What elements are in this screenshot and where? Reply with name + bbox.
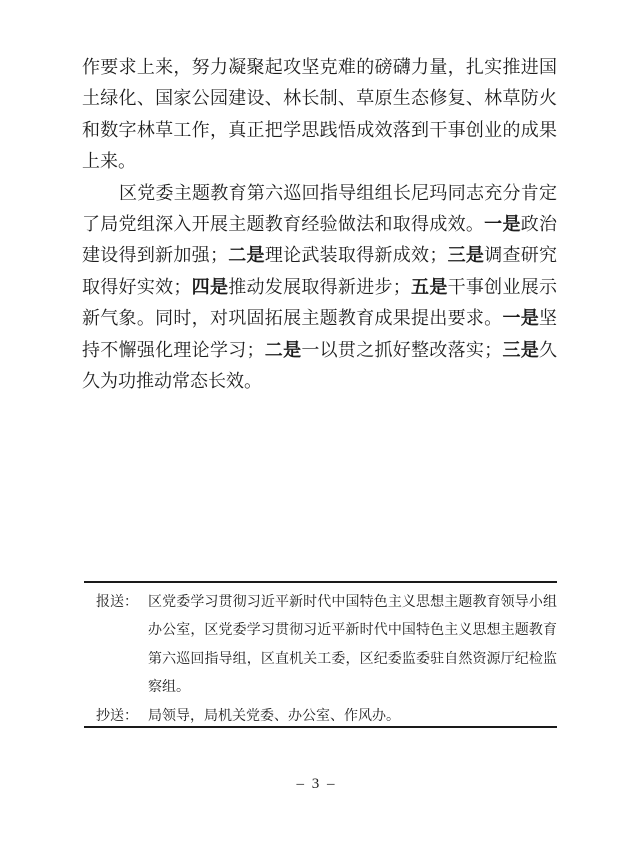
text-run: 久 (539, 340, 557, 360)
text-line: 了局党组深入开展主题教育经验做法和取得成效。一是政治 (82, 209, 557, 240)
bold-text-run: 四是 (191, 277, 228, 297)
text-line: 持不懈强化理论学习；二是一以贯之抓好整改落实；三是久 (82, 335, 557, 366)
report-to-row: 报送： 区党委学习贯彻习近平新时代中国特色主义思想主题教育领导小组办公室，区党委… (96, 589, 557, 703)
bold-text-run: 二是 (228, 245, 265, 265)
text-run: 坚 (539, 308, 557, 328)
bold-text-run: 五是 (411, 277, 448, 297)
document-body: 作要求上来，努力凝聚起攻坚克难的磅礴力量，扎实推进国土绿化、国家公园建设、林长制… (82, 52, 557, 397)
paragraph-work-requirements: 作要求上来，努力凝聚起攻坚克难的磅礴力量，扎实推进国土绿化、国家公园建设、林长制… (82, 52, 557, 178)
bold-text-run: 一是 (502, 308, 539, 328)
text-line: 新气象。同时，对巩固拓展主题教育成果提出要求。一是坚 (82, 303, 557, 334)
text-line: 久为功推动常态长效。 (82, 366, 557, 397)
separator-line-top (84, 581, 557, 583)
text-line: 区党委学习贯彻习近平新时代中国特色主义思想主题教育领导小组 (148, 589, 557, 617)
text-run: 理论武装取得新成效； (265, 245, 448, 265)
text-line: 和数字林草工作，真正把学思践悟成效落到干事创业的成果 (82, 115, 557, 146)
text-run: 办公室，区党委学习贯彻习近平新时代中国特色主义思想主题教育 (148, 623, 557, 638)
text-line: 取得好实效；四是推动发展取得新进步；五是干事创业展示 (82, 272, 557, 303)
text-run: 上来。 (82, 151, 136, 171)
page-number: – 3 – (0, 776, 633, 793)
text-run: 了局党组深入开展主题教育经验做法和取得成效。 (82, 214, 484, 234)
text-line: 土绿化、国家公园建设、林长制、草原生态修复、林草防火 (82, 83, 557, 114)
text-run: 推动发展取得新进步； (228, 277, 411, 297)
bold-text-run: 三是 (502, 340, 539, 360)
text-line: 作要求上来，努力凝聚起攻坚克难的磅礴力量，扎实推进国 (82, 52, 557, 83)
text-run: 久为功推动常态长效。 (82, 371, 262, 391)
text-run: 建设得到新加强； (82, 245, 228, 265)
text-run: 和数字林草工作，真正把学思践悟成效落到干事创业的成果 (82, 120, 557, 140)
text-line: 第六巡回指导组，区直机关工委，区纪委监委驻自然资源厅纪检监 (148, 646, 557, 674)
text-line: 建设得到新加强；二是理论武装取得新成效；三是调查研究 (82, 240, 557, 271)
text-run: 新气象。同时，对巩固拓展主题教育成果提出要求。 (82, 308, 502, 328)
text-run: 干事创业展示 (448, 277, 557, 297)
text-run: 政治 (521, 214, 557, 234)
text-run: 作要求上来，努力凝聚起攻坚克难的磅礴力量，扎实推进国 (82, 57, 557, 77)
text-line: 区党委主题教育第六巡回指导组组长尼玛同志充分肯定 (82, 178, 557, 209)
text-run: 察组。 (148, 680, 190, 695)
report-to-label: 报送： (96, 589, 148, 617)
bold-text-run: 三是 (447, 245, 484, 265)
text-run: 取得好实效； (82, 277, 191, 297)
distribution-block: 报送： 区党委学习贯彻习近平新时代中国特色主义思想主题教育领导小组办公室，区党委… (96, 589, 557, 731)
text-run: 土绿化、国家公园建设、林长制、草原生态修复、林草防火 (82, 88, 557, 108)
bold-text-run: 二是 (265, 340, 302, 360)
text-run: 第六巡回指导组，区直机关工委，区纪委监委驻自然资源厅纪检监 (148, 652, 557, 667)
text-run: 持不懈强化理论学习； (82, 340, 265, 360)
text-line: 察组。 (148, 674, 557, 702)
separator-line-bottom (84, 726, 557, 728)
text-line: 办公室，区党委学习贯彻习近平新时代中国特色主义思想主题教育 (148, 617, 557, 645)
paragraph-inspection-group-evaluation: 区党委主题教育第六巡回指导组组长尼玛同志充分肯定了局党组深入开展主题教育经验做法… (82, 178, 557, 398)
report-to-content: 区党委学习贯彻习近平新时代中国特色主义思想主题教育领导小组办公室，区党委学习贯彻… (148, 589, 557, 703)
bold-text-run: 一是 (484, 214, 521, 234)
text-line: 上来。 (82, 146, 557, 177)
text-run: 区党委学习贯彻习近平新时代中国特色主义思想主题教育领导小组 (148, 595, 557, 610)
document-page: 作要求上来，努力凝聚起攻坚克难的磅礴力量，扎实推进国土绿化、国家公园建设、林长制… (0, 0, 633, 841)
text-run: 调查研究 (484, 245, 557, 265)
text-run: 一以贯之抓好整改落实； (301, 340, 502, 360)
text-run: 区党委主题教育第六巡回指导组组长尼玛同志充分肯定 (119, 183, 557, 203)
